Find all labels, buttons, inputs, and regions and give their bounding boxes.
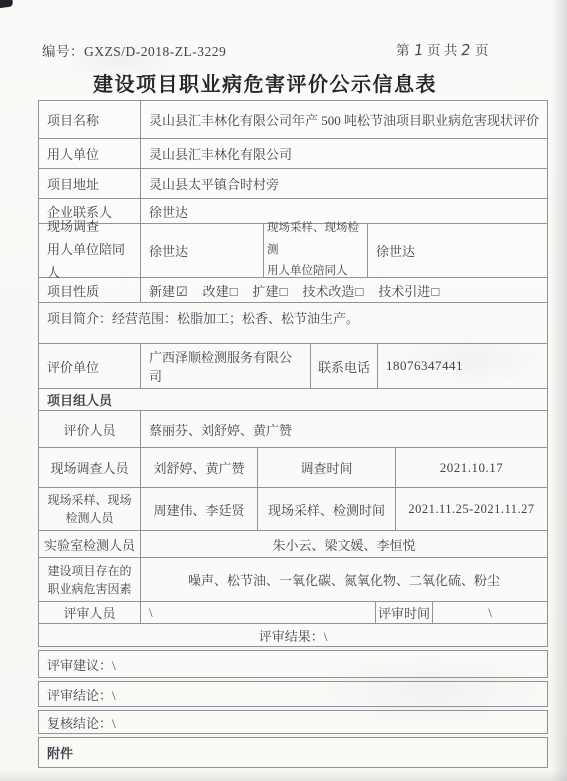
row-evaluators: 评价人员 蔡丽芬、刘舒婷、黄广赞: [39, 411, 547, 448]
review-time-label: 评审时间: [376, 602, 433, 623]
address-label: 项目地址: [39, 169, 141, 198]
sampling-escort-value: 徐世达: [368, 224, 547, 277]
project-name-value: 灵山县汇丰林化有限公司年产 500 吨松节油项目职业病危害现状评价: [141, 101, 547, 138]
scanned-form-sheet: 编号：GXZS/D-2018-ZL-3229 第1页 共2页 建设项目职业病危害…: [0, 0, 567, 781]
option-rebuild: 改建□: [203, 281, 238, 300]
checkbox-unchecked-icon: □: [355, 284, 363, 299]
review-staff-label: 评审人员: [39, 602, 141, 623]
option-expansion: 扩建□: [253, 281, 288, 300]
document-code: 编号：GXZS/D-2018-ZL-3229: [42, 40, 226, 60]
review-staff-value: \: [141, 602, 376, 623]
page-indicator: 第1页 共2页: [396, 39, 488, 59]
form-title: 建设项目职业病危害评价公示信息表: [0, 68, 530, 97]
evaluation-org-value: 广西泽顺检测服务有限公司: [141, 344, 311, 388]
checkbox-unchecked-icon: □: [431, 284, 439, 299]
page-label-3: 页: [475, 43, 489, 58]
employer-label: 用人单位: [39, 139, 141, 168]
survey-time-value: 2021.10.17: [396, 448, 547, 487]
checkbox-unchecked-icon: □: [230, 284, 238, 299]
attachment-label: 附件: [47, 743, 73, 762]
sampling-staff-value: 周建伟、李廷贤: [141, 488, 258, 530]
evaluators-label: 评价人员: [39, 411, 141, 447]
scan-corner-mark: [0, 0, 13, 9]
sampling-staff-label: 现场采样、现场检测人员: [39, 488, 141, 530]
row-lab-staff: 实验室检测人员 朱小云、梁文媛、李恒悦: [39, 531, 547, 558]
project-nature-options: 新建☑ 改建□ 扩建□ 技术改造□ 技术引进□: [141, 278, 547, 302]
review-result-text: 评审结果：\: [39, 624, 547, 646]
lab-staff-value: 朱小云、梁文媛、李恒悦: [141, 531, 547, 557]
main-form-table: 项目名称 灵山县汇丰林化有限公司年产 500 吨松节油项目职业病危害现状评价 用…: [38, 100, 548, 647]
project-nature-label: 项目性质: [39, 278, 141, 302]
recheck-conclusion-box: 复核结论：\: [38, 710, 548, 734]
site-survey-escort-label-line1: 现场调查: [47, 216, 99, 239]
option-new-construction: 新建☑: [149, 281, 188, 300]
hazard-factors-label: 建设项目存在的职业病危害因素: [39, 558, 141, 601]
site-survey-escort-value: 徐世达: [141, 224, 264, 277]
address-value: 灵山县太平镇合时村旁: [141, 169, 547, 198]
scan-edge-shadow-bottom: [0, 771, 567, 781]
row-team-header: 项目组人员: [39, 389, 547, 411]
code-value: GXZS/D-2018-ZL-3229: [84, 44, 226, 59]
lab-staff-label: 实验室检测人员: [39, 531, 141, 557]
employer-value: 灵山县汇丰林化有限公司: [141, 139, 547, 168]
row-sampling-staff: 现场采样、现场检测人员 周建伟、李廷贤 现场采样、检测时间 2021.11.25…: [39, 488, 547, 531]
row-review-result: 评审结果：\: [39, 624, 547, 646]
sampling-time-label: 现场采样、检测时间: [258, 488, 396, 530]
checkbox-checked-icon: ☑: [176, 284, 188, 299]
review-time-value: \: [433, 602, 547, 623]
sampling-escort-label-line1: 现场采样、现场检测: [267, 218, 366, 262]
attachment-box: 附件: [38, 737, 548, 768]
option-tech-transform: 技术改造□: [302, 281, 363, 300]
row-site-survey-escort: 现场调查 用人单位陪同人 徐世达 现场采样、现场检测 用人单位陪同人 徐世达: [39, 224, 547, 278]
sampling-time-value: 2021.11.25-2021.11.27: [396, 488, 547, 530]
team-header-label: 项目组人员: [39, 389, 547, 410]
review-advice-box: 评审建议：\: [38, 650, 548, 678]
project-name-label: 项目名称: [39, 101, 141, 138]
evaluators-value: 蔡丽芬、刘舒婷、黄广赞: [141, 411, 547, 447]
row-survey-staff: 现场调查人员 刘舒婷、黄广赞 调查时间 2021.10.17: [39, 448, 547, 488]
phone-value: 18076347441: [378, 344, 547, 388]
option-tech-import: 技术引进□: [378, 281, 439, 300]
survey-staff-value: 刘舒婷、黄广赞: [141, 448, 258, 487]
row-evaluation-org: 评价单位 广西泽顺检测服务有限公司 联系电话 18076347441: [39, 344, 547, 389]
hazard-factors-value: 噪声、松节油、一氧化碳、氮氧化物、二氧化硫、粉尘: [141, 558, 547, 601]
survey-staff-label: 现场调查人员: [39, 448, 141, 487]
sampling-escort-label: 现场采样、现场检测 用人单位陪同人: [264, 224, 368, 277]
page-label-2: 页 共: [427, 43, 457, 58]
code-label: 编号：: [42, 44, 84, 59]
site-survey-escort-label: 现场调查 用人单位陪同人: [39, 224, 141, 277]
page-label-1: 第: [396, 43, 410, 58]
row-hazard-factors: 建设项目存在的职业病危害因素 噪声、松节油、一氧化碳、氮氧化物、二氧化硫、粉尘: [39, 558, 547, 602]
row-address: 项目地址 灵山县太平镇合时村旁: [39, 169, 547, 199]
evaluation-org-label: 评价单位: [39, 344, 141, 388]
survey-time-label: 调查时间: [258, 448, 396, 487]
review-advice-text: 评审建议：\: [47, 655, 116, 674]
page-total-handwritten: 2: [461, 41, 472, 60]
row-review-staff: 评审人员 \ 评审时间 \: [39, 602, 547, 624]
row-project-intro: 项目简介：经营范围：松脂加工；松香、松节油生产。: [39, 303, 547, 344]
checkbox-unchecked-icon: □: [280, 284, 288, 299]
review-conclusion-text: 评审结论：\: [47, 685, 116, 704]
row-employer: 用人单位 灵山县汇丰林化有限公司: [39, 139, 547, 169]
row-project-nature: 项目性质 新建☑ 改建□ 扩建□ 技术改造□ 技术引进□: [39, 278, 547, 303]
page-current-handwritten: 1: [413, 41, 424, 60]
phone-label: 联系电话: [311, 344, 378, 388]
scan-edge-shadow-right: [551, 0, 567, 781]
recheck-conclusion-text: 复核结论：\: [47, 713, 116, 732]
row-project-name: 项目名称 灵山县汇丰林化有限公司年产 500 吨松节油项目职业病危害现状评价: [39, 101, 547, 139]
project-intro-text: 项目简介：经营范围：松脂加工；松香、松节油生产。: [39, 303, 547, 343]
review-conclusion-box: 评审结论：\: [38, 681, 548, 707]
